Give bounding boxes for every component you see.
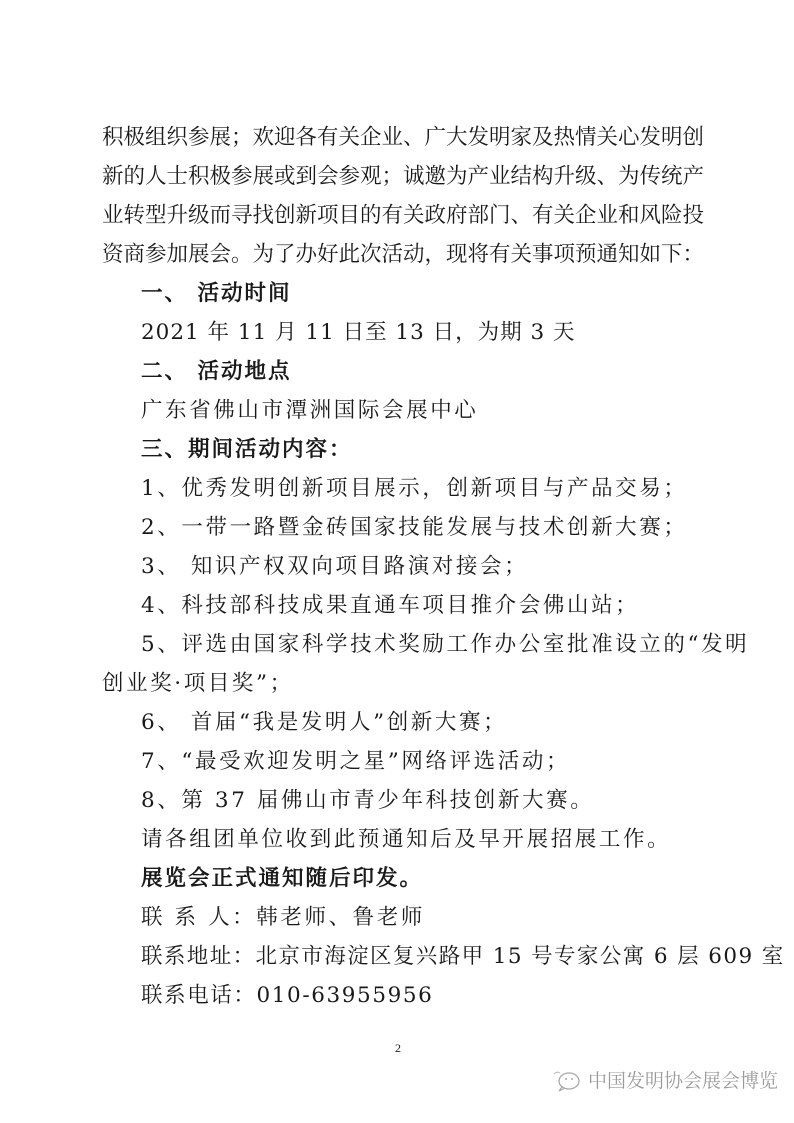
activity-item-continued: 创业奖·项目奖”； xyxy=(102,670,294,698)
section-heading-activities: 三、期间活动内容： xyxy=(141,436,353,464)
intro-line: 积极组织参展；欢迎各有关企业、广大发明家及热情关心发明创 xyxy=(102,124,690,152)
intro-line: 业转型升级而寻找创新项目的有关政府部门、有关企业和风险投 xyxy=(102,202,690,230)
watermark-text: 中国发明协会展会博览 xyxy=(588,1066,778,1093)
activity-item: 6、 首届“我是发明人”创新大赛； xyxy=(141,709,507,737)
section-heading-time: 一、 活动时间 xyxy=(141,280,292,308)
activity-item: 4、科技部科技成果直通车项目推介会佛山站； xyxy=(141,592,639,620)
document-page: 积极组织参展；欢迎各有关企业、广大发明家及热情关心发明创 新的人士积极参展或到会… xyxy=(0,0,794,1123)
intro-line: 资商参加展会。为了办好此次活动，现将有关事项预通知如下： xyxy=(102,241,690,269)
section-heading-location: 二、 活动地点 xyxy=(141,358,292,386)
activity-item: 1、优秀发明创新项目展示，创新项目与产品交易； xyxy=(141,475,687,503)
contact-phone: 联系电话：010-63955956 xyxy=(141,982,433,1010)
contact-person: 联 系 人：韩老师、鲁老师 xyxy=(141,904,425,932)
watermark: 中国发明协会展会博览 xyxy=(552,1066,778,1093)
section-body-time: 2021 年 11 月 11 日至 13 日，为期 3 天 xyxy=(141,319,575,347)
activity-item: 8、第 37 届佛山市青少年科技创新大赛。 xyxy=(141,787,594,815)
intro-line: 新的人士积极参展或到会参观；诚邀为产业结构升级、为传统产 xyxy=(102,163,690,191)
activity-item: 3、 知识产权双向项目路演对接会； xyxy=(141,553,528,581)
page-number: 2 xyxy=(395,1041,401,1056)
wechat-icon xyxy=(552,1068,582,1092)
activity-item: 2、一带一路暨金砖国家技能发展与技术创新大赛； xyxy=(141,514,687,542)
formal-notice: 展览会正式通知随后印发。 xyxy=(141,865,423,893)
activity-item: 5、评选由国家科学技术奖励工作办公室批准设立的“发明 xyxy=(141,631,749,659)
section-body-location: 广东省佛山市潭洲国际会展中心 xyxy=(141,397,478,425)
contact-address: 联系地址：北京市海淀区复兴路甲 15 号专家公寓 6 层 609 室 xyxy=(141,943,785,971)
activity-item: 7、“最受欢迎发明之星”网络评选活动； xyxy=(141,748,570,776)
closing-text: 请各组团单位收到此预通知后及早开展招展工作。 xyxy=(141,826,671,854)
